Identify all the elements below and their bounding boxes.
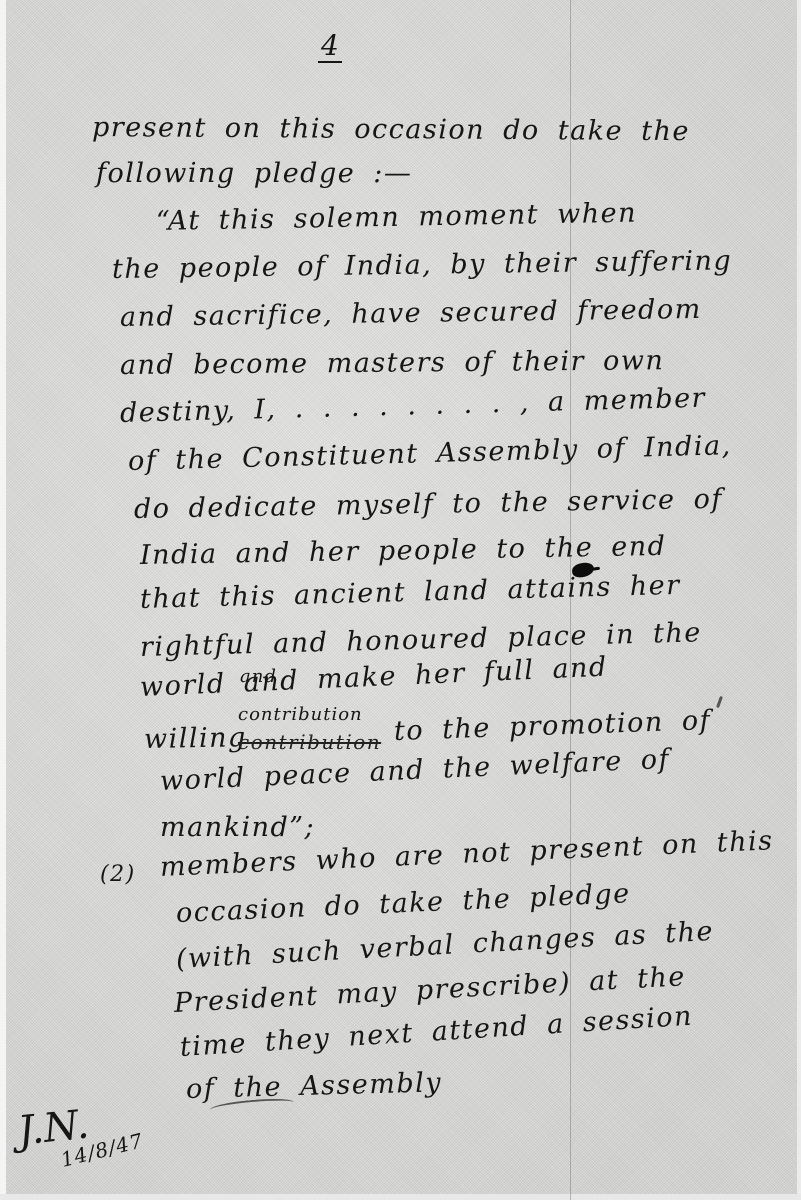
manuscript-line: occasion do take the pledge [175,878,631,929]
manuscript-line: willing [144,722,247,755]
page-number: 4 [318,32,342,63]
manuscript-line: and sacrifice, have secured freedom [120,294,702,333]
manuscript-line: do dedicate myself to the service of [134,484,723,525]
manuscript-line: destiny, I, . . . . . . . . , a member [120,383,707,429]
manuscript-line: present on this occasion do take the [92,112,690,147]
manuscript-page: 4 present on this occasion do take the f… [0,0,801,1200]
clause-marker: (2) [100,862,136,887]
scan-right-edge [797,0,801,1200]
manuscript-line: of the Constituent Assembly of India, [128,430,732,477]
manuscript-line: that this ancient land attains her [140,570,681,615]
scan-bottom-edge [0,1194,801,1200]
manuscript-line: and become masters of their own [120,345,665,381]
stray-ink-mark [716,696,723,708]
scan-left-edge [0,0,6,1200]
manuscript-line: to the promotion of [393,705,711,747]
manuscript-line: “At this solemn moment when [156,198,637,237]
manuscript-line: following pledge :— [96,158,412,189]
manuscript-line: mankind”; [160,812,315,843]
struck-word: contribution [238,730,381,754]
manuscript-line: rightful and honoured place in the [140,617,703,663]
manuscript-line: the people of India, by their suffering [112,245,733,285]
inserted-word: contribution [238,704,363,725]
manuscript-line: of the Assembly [186,1067,443,1105]
